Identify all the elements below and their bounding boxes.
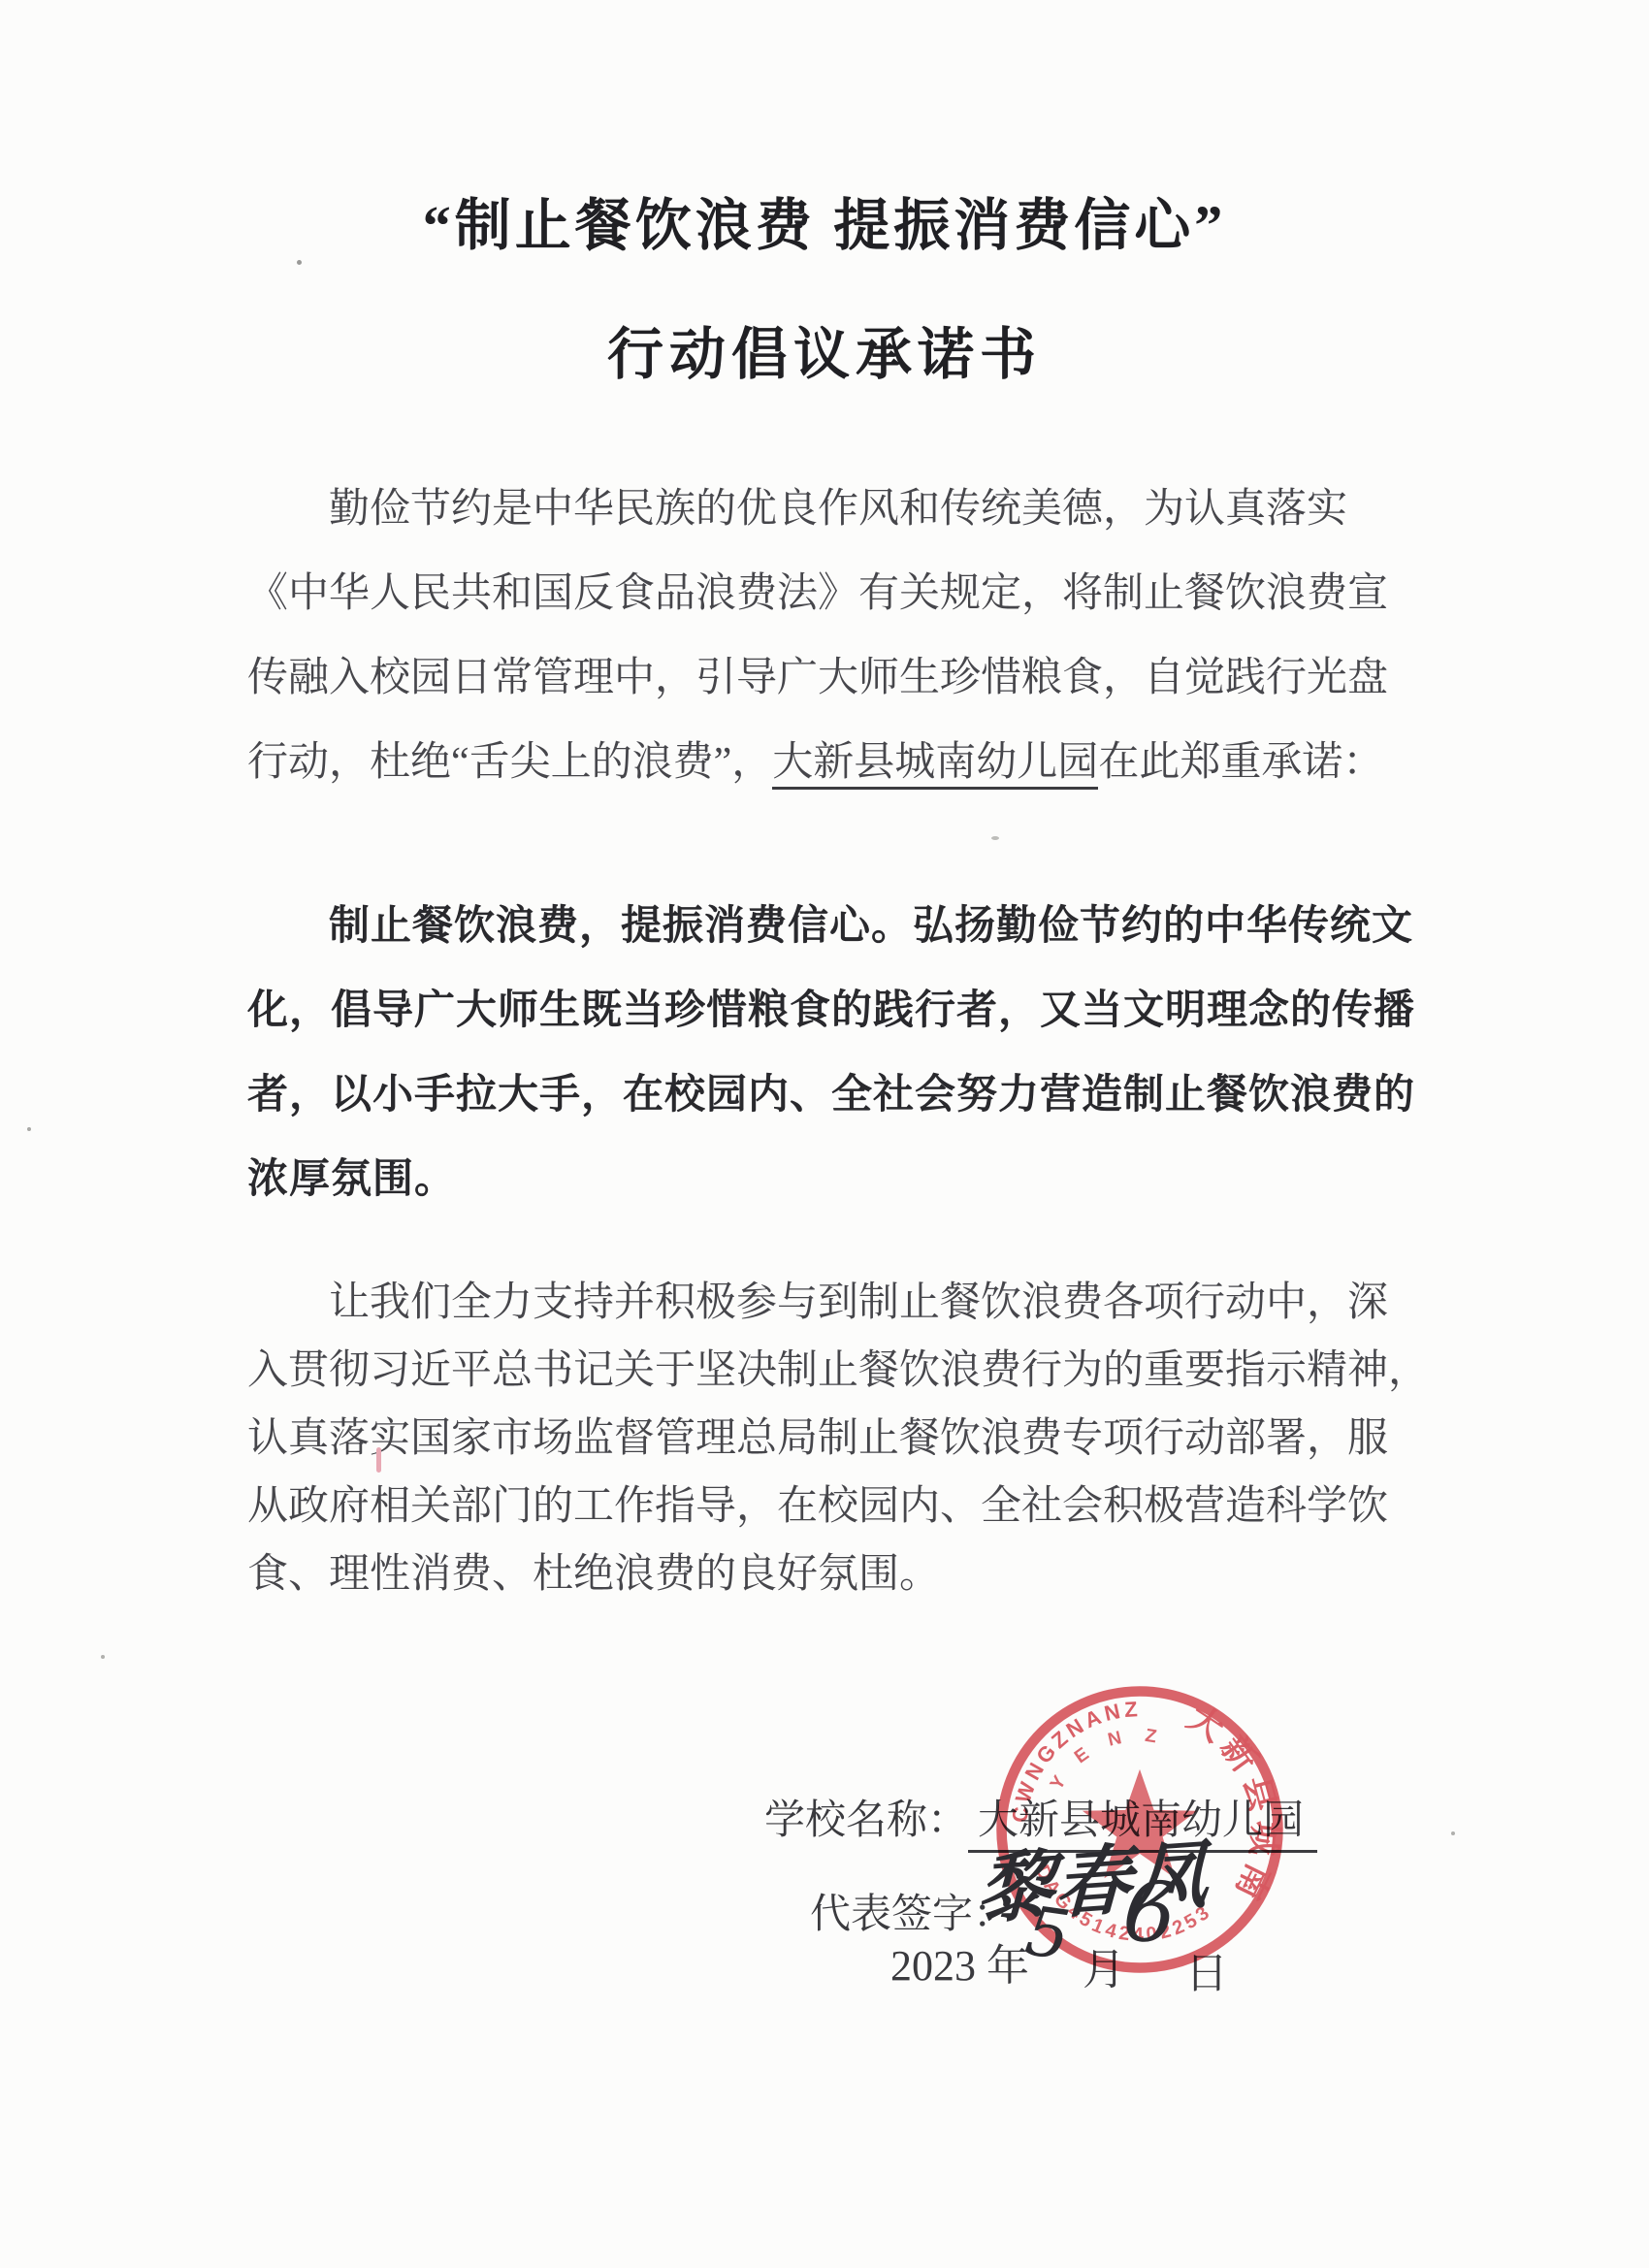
scan-speck [27,1127,31,1131]
pledge-line3: 者，以小手拉大手，在校园内、全社会努力营造制止餐饮浪费的 [247,1052,1421,1136]
scanned-commitment-letter-page: “制止餐饮浪费 提振消费信心” 行动倡议承诺书 勤俭节约是中华民族的优良作风和传… [0,0,1649,2268]
paragraph-intro-line1: 勤俭节约是中华民族的优良作风和传统美德，为认真落实 [247,468,1421,552]
scan-speck [101,1655,105,1659]
pledge-line1: 制止餐饮浪费，提振消费信心。弘扬勤俭节约的中华传统文 [247,883,1421,967]
action-line4: 从政府相关部门的工作指导，在校园内、全社会积极营造科学饮 [247,1473,1421,1540]
pledge-line2: 化，倡导广大师生既当珍惜粮食的践行者，又当文明理念的传播 [247,967,1421,1052]
document-title-line2: 行动倡议承诺书 [0,308,1649,390]
action-line2: 入贯彻习近平总书记关于坚决制止餐饮浪费行为的重要指示精神， [247,1337,1421,1405]
paragraph-intro-line2: 《中华人民共和国反食品浪费法》有关规定，将制止餐饮浪费宣 [247,552,1421,636]
scan-speck-pink [376,1447,381,1473]
paragraph-intro: 勤俭节约是中华民族的优良作风和传统美德，为认真落实 《中华人民共和国反食品浪费法… [247,468,1421,805]
intro-line4-after: 在此郑重承诺： [1098,740,1383,785]
school-name-inline-underlined: 大新县城南幼儿园 [772,740,1098,790]
paragraph-pledge-bold: 制止餐饮浪费，提振消费信心。弘扬勤俭节约的中华传统文 化，倡导广大师生既当珍惜粮… [247,883,1421,1220]
action-line5: 食、理性消费、杜绝浪费的良好氛围。 [247,1540,1421,1608]
paragraph-action: 让我们全力支持并积极参与到制止餐饮浪费各项行动中，深 入贯彻习近平总书记关于坚决… [247,1269,1421,1608]
school-name-label: 学校名称： [764,1798,968,1843]
action-line3: 认真落实国家市场监督管理总局制止餐饮浪费专项行动部署，服 [247,1405,1421,1473]
scan-speck [991,836,999,840]
pledge-line4: 浓厚氛围。 [247,1136,1421,1220]
paragraph-intro-line4: 行动，杜绝“舌尖上的浪费”，大新县城南幼儿园在此郑重承诺： [247,721,1421,805]
paragraph-intro-line3: 传融入校园日常管理中，引导广大师生珍惜粮食，自觉践行光盘 [247,636,1421,721]
scan-speck [297,260,302,265]
handwritten-day-digit: 6 [1120,1863,1180,1963]
action-line1: 让我们全力支持并积极参与到制止餐饮浪费各项行动中，深 [247,1269,1421,1337]
intro-line4-before: 行动，杜绝“舌尖上的浪费”， [247,740,772,785]
scan-speck [1451,1831,1455,1835]
document-title-line1: “制止餐饮浪费 提振消费信心” [0,179,1649,261]
